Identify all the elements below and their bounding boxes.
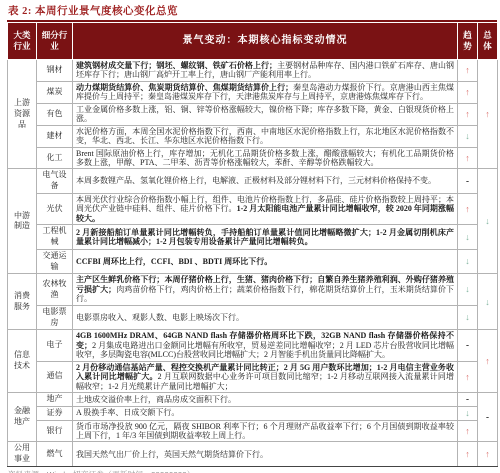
indicator-text-segment: Brent 国际原油价格上行，库存增加；无机化工品期货价格多数上涨，醋酸涨幅较大… [76, 149, 454, 167]
indicator-text-segment: CCFBI 周环比上行，CCFI、BDI 、BDTI 周环比下行。 [76, 257, 272, 266]
header-major-industry: 大类行业 [8, 23, 37, 60]
trend-arrow-down-icon: ↓ [458, 249, 478, 274]
table-row: 信息技术电子4GB 1600MHz DRAM、64GB NAND flash 存… [8, 330, 498, 361]
table-body: 上游资源品钢材建筑钢材成交量下行；钢坯、螺纹钢、铁矿石价格上行；主要钢材品种库存… [8, 60, 498, 467]
overall-arrow-down-icon: ↓ [478, 274, 498, 330]
indicator-text-segment: 动力煤期货结算价、焦炭期货结算价、焦煤期货结算价上行； [76, 83, 293, 92]
indicator-change-cell: 动力煤期货结算价、焦炭期货结算价、焦煤期货结算价上行；秦皇岛港动力煤报价下行。京… [73, 81, 458, 103]
table-row: 煤炭动力煤期货结算价、焦炭期货结算价、焦煤期货结算价上行；秦皇岛港动力煤报价下行… [8, 81, 498, 103]
sub-industry-cell: 交通运输 [37, 249, 73, 274]
trend-arrow-flat-icon: - [458, 393, 478, 407]
indicator-change-cell: 本周光伏行业综合价格指数小幅上行，组件、电池片价格指数上行，多晶硅、硅片价格指数… [73, 193, 458, 224]
table-row: 电影票房电影票房收入、观影人数、电影上映场次下行。↓ [8, 305, 498, 330]
trend-arrow-down-icon: ↓ [458, 406, 478, 420]
sub-industry-cell: 化工 [37, 147, 73, 169]
trend-arrow-down-icon: ↓ [458, 305, 478, 330]
table-row: 建材水泥价格方面，本周全国水泥价格指数下行，西南、中南地区水泥价格指数上行，东北… [8, 125, 498, 147]
major-industry-cell: 上游资源品 [8, 60, 37, 169]
indicator-text-segment: 建筑钢材成交量下行；钢坯、螺纹钢、铁矿石价格上行； [76, 61, 277, 70]
indicator-change-cell: 2 月份移动通信基站产量、程控交换机产量累计同比转正；2 月 5G 用户数环比增… [73, 361, 458, 392]
trend-arrow-down-icon: ↓ [458, 225, 478, 250]
table-row: 银行货币市场净投放 900 亿元，隔夜 SHIBOR 利率下行；6 个月理财产品… [8, 420, 498, 442]
table-header: 大类行业 细分行业 景气变动：本期核心指标变动情况 趋势 总体 [8, 23, 498, 60]
trend-arrow-down-icon: ↓ [458, 274, 478, 305]
indicator-change-cell: 4GB 1600MHz DRAM、64GB NAND flash 存储器价格周环… [73, 330, 458, 361]
header-trend: 趋势 [458, 23, 478, 60]
sub-industry-cell: 农林牧渔 [37, 274, 73, 305]
sub-industry-cell: 证券 [37, 406, 73, 420]
overall-arrow-down-icon: ↓ [478, 169, 498, 274]
major-industry-cell: 金融地产 [8, 393, 37, 442]
overall-arrow-up-icon: ↑ [478, 60, 498, 169]
sub-industry-cell: 地产 [37, 393, 73, 407]
table-row: 消费服务农林牧渔主产区生鲜乳价格下行；本周仔猪价格上行，生猪、猪肉价格下行；自繁… [8, 274, 498, 305]
sub-industry-cell: 光伏 [37, 193, 73, 224]
major-industry-cell: 信息技术 [8, 330, 37, 393]
table-title: 表 2: 本周行业景气度核心变化总览 [7, 2, 497, 20]
trend-arrow-up-icon: ↑ [458, 60, 478, 82]
header-sub-industry: 细分行业 [37, 23, 73, 60]
indicator-change-cell: 水泥价格方面，本周全国水泥价格指数下行，西南、中南地区水泥价格指数上行，东北地区… [73, 125, 458, 147]
indicator-change-cell: Brent 国际原油价格上行，库存增加；无机化工品期货价格多数上涨，醋酸涨幅较大… [73, 147, 458, 169]
table-row: 证券A 股换手率、日成交额下行。↓ [8, 406, 498, 420]
indicator-text-segment: 肉鸡苗价格下行，鸡肉价格上行；蔬菜价格指数下行，棉花期货结算价上行，玉米期货结算… [76, 285, 454, 303]
table-row: 通信2 月份移动通信基站产量、程控交换机产量累计同比转正；2 月 5G 用户数环… [8, 361, 498, 392]
trend-arrow-up-icon: ↑ [458, 442, 478, 467]
trend-arrow-up-icon: ↑ [458, 420, 478, 442]
table-row: 公用事业燃气我国天然气出厂价上行，英国天然气期货结算价下行。↑↑ [8, 442, 498, 467]
header-overall: 总体 [478, 23, 498, 60]
indicator-change-cell: 2 月新接船舶订单量累计同比增幅转负，手持船舶订单量累计值同比增幅略微扩大；1-… [73, 225, 458, 250]
major-industry-cell: 公用事业 [8, 442, 37, 467]
indicator-text-segment: 水泥价格方面，本周全国水泥价格指数下行，西南、中南地区水泥价格指数上行，东北地区… [76, 127, 454, 145]
sub-industry-cell: 煤炭 [37, 81, 73, 103]
indicator-change-cell: 土地成交溢价率上行，商品房成交面积下行。 [73, 393, 458, 407]
title-rule [7, 20, 497, 22]
table-row: 工程机械2 月新接船舶订单量累计同比增幅转负，手持船舶订单量累计值同比增幅略微扩… [8, 225, 498, 250]
indicator-text-segment: 土地成交溢价率上行，商品房成交面积下行。 [76, 395, 236, 404]
trend-arrow-up-icon: ↑ [458, 361, 478, 392]
sub-industry-cell: 建材 [37, 125, 73, 147]
trend-arrow-up-icon: ↑ [458, 103, 478, 125]
report-table-page: 表 2: 本周行业景气度核心变化总览 大类行业 细分行业 景气变动：本期核心指标… [0, 0, 500, 473]
indicator-change-cell: A 股换手率、日成交额下行。 [73, 406, 458, 420]
table-row: 光伏本周光伏行业综合价格指数小幅上行，组件、电池片价格指数上行，多晶硅、硅片价格… [8, 193, 498, 224]
table-row: 交通运输CCFBI 周环比上行，CCFI、BDI 、BDTI 周环比下行。↓ [8, 249, 498, 274]
table-row: 化工Brent 国际原油价格上行，库存增加；无机化工品期货价格多数上涨，醋酸涨幅… [8, 147, 498, 169]
indicator-change-cell: 货币市场净投放 900 亿元，隔夜 SHIBOR 利率下行；6 个月理财产品收益… [73, 420, 458, 442]
sub-industry-cell: 电影票房 [37, 305, 73, 330]
sub-industry-cell: 钢材 [37, 60, 73, 82]
indicator-text-segment: 货币市场净投放 900 亿元，隔夜 SHIBOR 利率下行；6 个月理财产品收益… [76, 422, 454, 440]
trend-arrow-flat-icon: - [458, 169, 478, 194]
sub-industry-cell: 电气设备 [37, 169, 73, 194]
table-row: 中游制造电气设备本周多数锂产品、氢氧化锂价格上行，电解液、正极材料及部分锂材料下… [8, 169, 498, 194]
trend-arrow-up-icon: ↑ [458, 147, 478, 169]
major-industry-cell: 消费服务 [8, 274, 37, 330]
sub-industry-cell: 通信 [37, 361, 73, 392]
major-industry-cell: 中游制造 [8, 169, 37, 274]
indicator-text-segment: 我国天然气出厂价上行，英国天然气期货结算价下行。 [76, 450, 268, 459]
overall-arrow-up-icon: ↑ [478, 442, 498, 467]
overall-arrow-up-icon: ↑ [478, 330, 498, 393]
source-note: 资料来源：Wind，招商证券（更新时间：20220323） [7, 467, 497, 473]
trend-arrow-flat-icon: - [458, 330, 478, 361]
sub-industry-cell: 电子 [37, 330, 73, 361]
sub-industry-cell: 有色 [37, 103, 73, 125]
header-indicator-change: 景气变动：本期核心指标变动情况 [73, 23, 458, 60]
table-row: 上游资源品钢材建筑钢材成交量下行；钢坯、螺纹钢、铁矿石价格上行；主要钢材品种库存… [8, 60, 498, 82]
table-row: 金融地产地产土地成交溢价率上行，商品房成交面积下行。-- [8, 393, 498, 407]
indicator-text-segment: A 股换手率、日成交额下行。 [76, 408, 179, 417]
indicator-change-cell: 工业金属价格多数上涨，铝、铜、锌等价格涨幅较大，镍价格下降；库存多数下降，黄金、… [73, 103, 458, 125]
indicator-change-cell: 电影票房收入、观影人数、电影上映场次下行。 [73, 305, 458, 330]
indicator-text-segment: 电影票房收入、观影人数、电影上映场次下行。 [76, 313, 244, 322]
indicator-change-cell: CCFBI 周环比上行，CCFI、BDI 、BDTI 周环比下行。 [73, 249, 458, 274]
industry-prosperity-table: 大类行业 细分行业 景气变动：本期核心指标变动情况 趋势 总体 上游资源品钢材建… [7, 23, 498, 467]
trend-arrow-up-icon: ↑ [458, 193, 478, 224]
trend-arrow-down-icon: ↓ [458, 125, 478, 147]
indicator-text-segment: 2 月新接船舶订单量累计同比增幅转负，手持船舶订单量累计值同比增幅略微扩大；1-… [76, 228, 454, 246]
sub-industry-cell: 银行 [37, 420, 73, 442]
indicator-text-segment: 本周多数锂产品、氢氧化锂价格上行，电解液、正极材料及部分锂材料下行，三元材料价格… [76, 176, 436, 185]
indicator-text-segment: 工业金属价格多数上涨，铝、铜、锌等价格涨幅较大，镍价格下降；库存多数下降，黄金、… [76, 105, 454, 123]
indicator-change-cell: 主产区生鲜乳价格下行；本周仔猪价格上行，生猪、猪肉价格下行；自繁自养生猪养殖利润… [73, 274, 458, 305]
indicator-change-cell: 建筑钢材成交量下行；钢坯、螺纹钢、铁矿石价格上行；主要钢材品种库存、国内港口铁矿… [73, 60, 458, 82]
table-row: 有色工业金属价格多数上涨，铝、铜、锌等价格涨幅较大，镍价格下降；库存多数下降，黄… [8, 103, 498, 125]
sub-industry-cell: 燃气 [37, 442, 73, 467]
trend-arrow-up-icon: ↑ [458, 81, 478, 103]
sub-industry-cell: 工程机械 [37, 225, 73, 250]
indicator-text-segment: 2 月集成电路进出口金额同比增幅有所收窄，贸易逆差同比增幅收窄；2 月 LED … [76, 341, 454, 359]
indicator-change-cell: 本周多数锂产品、氢氧化锂价格上行，电解液、正极材料及部分锂材料下行，三元材料价格… [73, 169, 458, 194]
overall-arrow-flat-icon: - [478, 393, 498, 442]
indicator-change-cell: 我国天然气出厂价上行，英国天然气期货结算价下行。 [73, 442, 458, 467]
